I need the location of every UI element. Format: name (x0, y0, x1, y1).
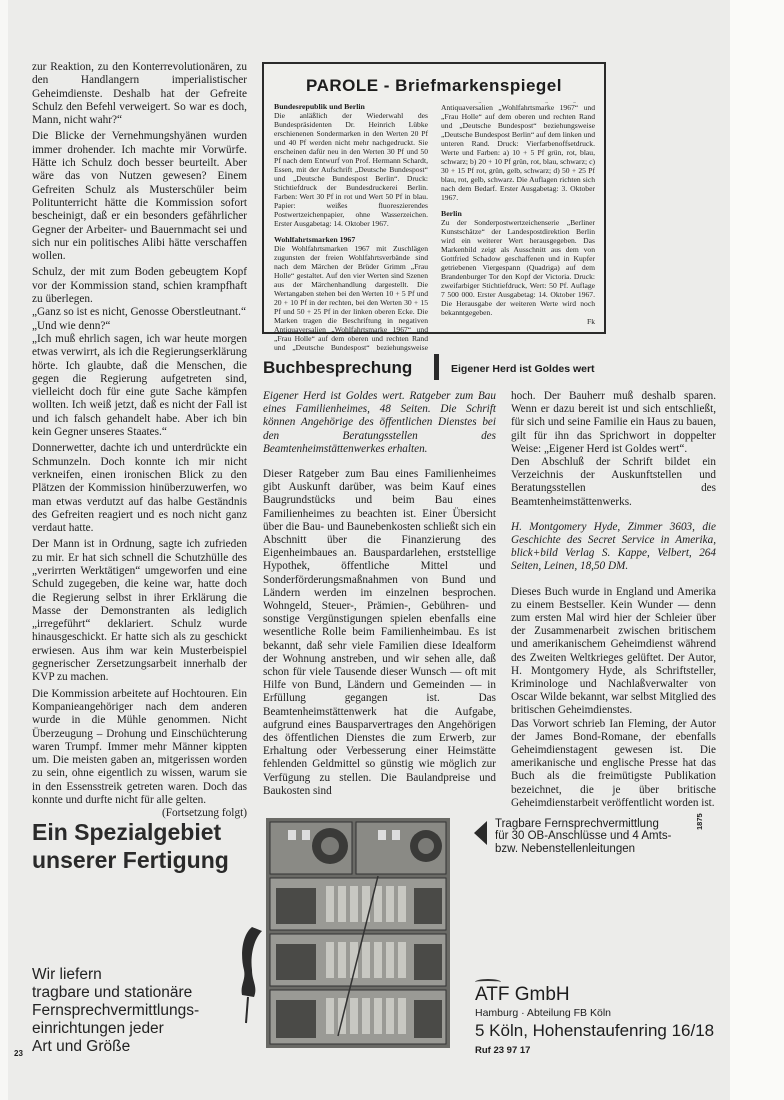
paragraph: Dieses Buch wurde in England und Amerika… (511, 586, 716, 718)
telephone-handset-icon (238, 925, 264, 1025)
company-department: Hamburg · Abteilung FB Köln (475, 1007, 611, 1019)
paragraph: „Ich muß ehrlich sagen, ich war heute mo… (32, 333, 247, 439)
paragraph: Den Abschluß der Schrift bildet ein Verz… (511, 456, 716, 509)
section-heading: Berlin (441, 209, 595, 218)
paragraph: „Ganz so ist es nicht, Genosse Oberstleu… (32, 306, 247, 319)
section-heading: Wohlfahrtsmarken 1967 (274, 235, 428, 244)
review-mid-column: Eigener Herd ist Goldes wert. Ratgeber z… (263, 390, 496, 810)
paragraph: Schulz, der mit zum Boden gebeugtem Kopf… (32, 266, 247, 306)
book-review-header: Buchbesprechung Eigener Herd ist Goldes … (263, 358, 703, 386)
page-number: 23 (14, 1049, 23, 1058)
stamp-box-title: PAROLE - Briefmarkenspiegel (264, 76, 604, 96)
section-text: Die Wohlfahrtsmarken 1967 mit Zuschlägen… (274, 244, 428, 352)
book-citation: Eigener Herd ist Goldes wert. Ratgeber z… (263, 390, 496, 456)
paragraph: Die Kommission arbeitete auf Hochtouren.… (32, 688, 247, 808)
company-name: ATF GmbH (475, 984, 570, 1006)
paragraph: Dieser Ratgeber zum Bau eines Familienhe… (263, 468, 496, 798)
switchboard-photo (258, 816, 458, 1052)
paragraph: „Und wie denn?“ (32, 320, 247, 333)
paragraph: Donnerwetter, dachte ich und unterdrückt… (32, 442, 247, 535)
section-text: Die anläßlich der Wiederwahl des Bundesp… (274, 111, 428, 228)
arrow-left-icon (474, 821, 487, 845)
paragraph: zur Reaktion, zu den Konterrevolutionäre… (32, 61, 247, 127)
section-title: Buchbesprechung (263, 358, 412, 378)
section-subtitle: Eigener Herd ist Goldes wert (451, 363, 595, 375)
section-text: Zu der Sonderpostwertzeichenserie „Berli… (441, 218, 595, 317)
article-left-column: zur Reaktion, zu den Konterrevolutionäre… (32, 61, 247, 821)
section-text-continued: Die Wohlfahrtsmarken 1967 mit Zuschlägen… (441, 102, 595, 202)
paragraph: Die Blicke der Vernehmungshyänen wurden … (32, 130, 247, 263)
page-margin (730, 0, 784, 1100)
paragraph: hoch. Der Bauherr muß deshalb sparen. We… (511, 390, 716, 456)
ad-body-text: Wir liefern tragbare und stationäre Fern… (32, 966, 199, 1056)
company-address: 5 Köln, Hohenstaufenring 16/18 (475, 1021, 714, 1041)
image-caption: Tragbare Fernsprechvermittlung für 30 OB… (495, 818, 671, 855)
book-citation: H. Montgomery Hyde, Zimmer 3603, die Ges… (511, 521, 716, 574)
ad-headline: Ein Spezialgebiet unserer Fertigung (32, 818, 229, 874)
stamp-left-column: Bundesrepublik und Berlin Die anläßlich … (274, 102, 428, 359)
stamp-mirror-box: PAROLE - Briefmarkenspiegel Bundesrepubl… (262, 62, 606, 334)
company-phone: Ruf 23 97 17 (475, 1045, 530, 1056)
ad-code: 1875 (695, 813, 704, 830)
divider-bar (434, 354, 439, 380)
review-right-column: hoch. Der Bauherr muß deshalb sparen. We… (511, 390, 716, 822)
author-signature: Fk (441, 317, 595, 326)
paragraph: Das Vorwort schrieb Ian Fleming, der Aut… (511, 718, 716, 810)
paragraph: Der Mann ist in Ordnung, sagte ich zufri… (32, 538, 247, 684)
stamp-right-column: Die Wohlfahrtsmarken 1967 mit Zuschlägen… (441, 102, 595, 326)
section-heading: Bundesrepublik und Berlin (274, 102, 428, 111)
